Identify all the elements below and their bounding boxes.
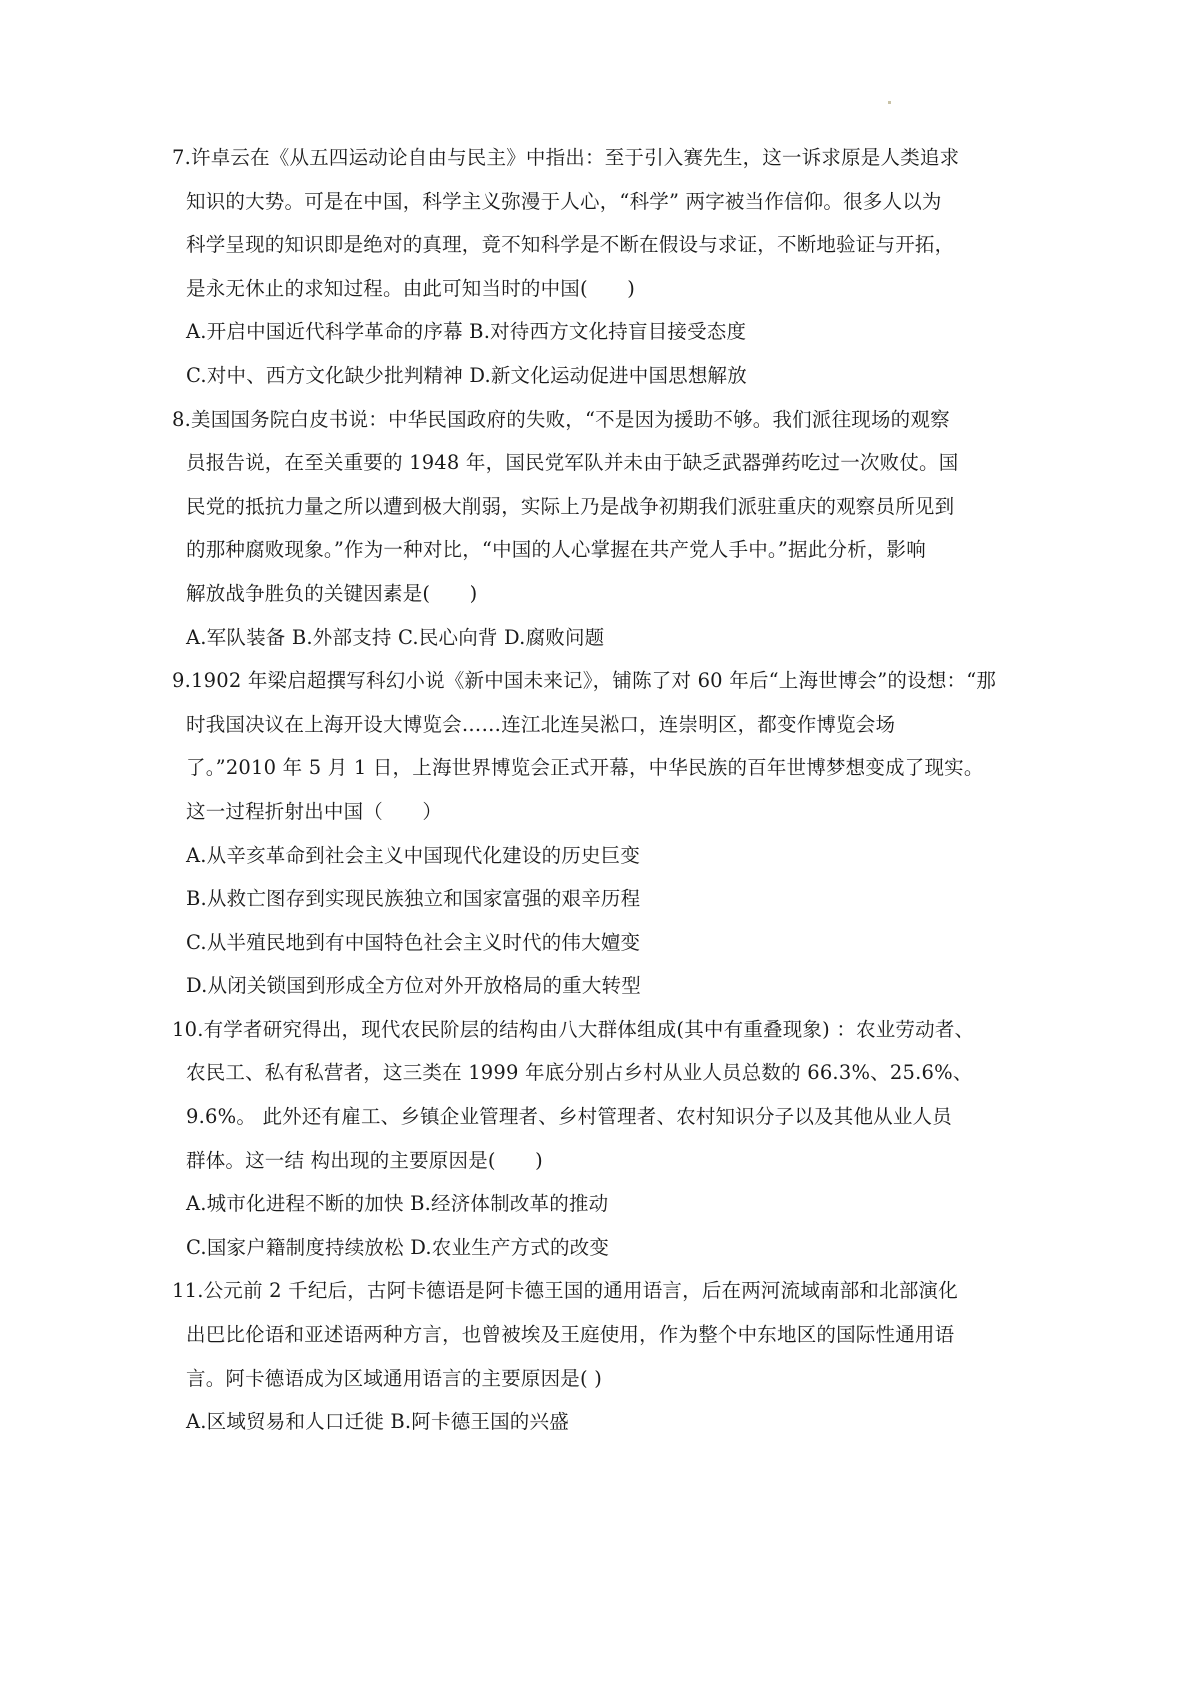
answer-option-d: D.从闭关锁国到形成全方位对外开放格局的重大转型	[172, 964, 1032, 1008]
question-stem-line: 是永无休止的求知过程。由此可知当时的中国( )	[172, 267, 1032, 311]
question-stem-line: 解放战争胜负的关键因素是( )	[172, 572, 1032, 616]
question-9: 9.1902 年梁启超撰写科幻小说《新中国未来记》，铺陈了对 60 年后“上海世…	[172, 659, 1032, 1008]
question-stem-line: 这一过程折射出中国（ ）	[172, 790, 1032, 834]
document-page: 7.许卓云在《从五四运动论自由与民主》中指出：至于引入赛先生，这一诉求原是人类追…	[0, 0, 1200, 1698]
answer-options: A.城市化进程不断的加快 B.经济体制改革的推动	[172, 1182, 1032, 1226]
question-stem-line: 的那种腐败现象。”作为一种对比，“中国的人心掌握在共产党人手中。”据此分析，影响	[172, 528, 1032, 572]
question-stem-line: 10.有学者研究得出，现代农民阶层的结构由八大群体组成(其中有重叠现象) ：农业…	[172, 1008, 1032, 1052]
question-10: 10.有学者研究得出，现代农民阶层的结构由八大群体组成(其中有重叠现象) ：农业…	[172, 1008, 1032, 1270]
question-stem-line: 民党的抵抗力量之所以遭到极大削弱，实际上乃是战争初期我们派驻重庆的观察员所见到	[172, 485, 1032, 529]
answer-option-c: C.从半殖民地到有中国特色社会主义时代的伟大嬗变	[172, 921, 1032, 965]
answer-options: A.军队装备 B.外部支持 C.民心向背 D.腐败问题	[172, 616, 1032, 660]
question-list: 7.许卓云在《从五四运动论自由与民主》中指出：至于引入赛先生，这一诉求原是人类追…	[172, 136, 1032, 1444]
answer-option-b: B.从救亡图存到实现民族独立和国家富强的艰辛历程	[172, 877, 1032, 921]
question-stem-line: 9.1902 年梁启超撰写科幻小说《新中国未来记》，铺陈了对 60 年后“上海世…	[172, 659, 1032, 703]
question-stem-line: 时我国决议在上海开设大博览会……连江北连吴淞口，连崇明区，都变作博览会场	[172, 703, 1032, 747]
question-stem-line: 言。阿卡德语成为区域通用语言的主要原因是( )	[172, 1357, 1032, 1401]
answer-options: C.对中、西方文化缺少批判精神 D.新文化运动促进中国思想解放	[172, 354, 1032, 398]
question-stem-line: 9.6%。 此外还有雇工、乡镇企业管理者、乡村管理者、农村知识分子以及其他从业人…	[172, 1095, 1032, 1139]
question-8: 8.美国国务院白皮书说：中华民国政府的失败，“不是因为援助不够。我们派往现场的观…	[172, 398, 1032, 660]
question-stem-line: 知识的大势。可是在中国，科学主义弥漫于人心，“科学” 两字被当作信仰。很多人以为	[172, 180, 1032, 224]
question-stem-line: 农民工、私有私营者，这三类在 1999 年底分别占乡村从业人员总数的 66.3%…	[172, 1051, 1032, 1095]
scan-mark	[888, 101, 891, 104]
answer-options: A.开启中国近代科学革命的序幕 B.对待西方文化持盲目接受态度	[172, 310, 1032, 354]
answer-options: A.区域贸易和人口迁徙 B.阿卡德王国的兴盛	[172, 1400, 1032, 1444]
question-7: 7.许卓云在《从五四运动论自由与民主》中指出：至于引入赛先生，这一诉求原是人类追…	[172, 136, 1032, 398]
question-stem-line: 员报告说，在至关重要的 1948 年，国民党军队并未由于缺乏武器弹药吃过一次败仗…	[172, 441, 1032, 485]
question-stem-line: 11.公元前 2 千纪后，古阿卡德语是阿卡德王国的通用语言，后在两河流域南部和北…	[172, 1269, 1032, 1313]
question-stem-line: 科学呈现的知识即是绝对的真理，竟不知科学是不断在假设与求证，不断地验证与开拓，	[172, 223, 1032, 267]
question-stem-line: 群体。这一结 构出现的主要原因是( )	[172, 1139, 1032, 1183]
question-stem-line: 7.许卓云在《从五四运动论自由与民主》中指出：至于引入赛先生，这一诉求原是人类追…	[172, 136, 1032, 180]
answer-option-a: A.从辛亥革命到社会主义中国现代化建设的历史巨变	[172, 834, 1032, 878]
question-stem-line: 出巴比伦语和亚述语两种方言，也曾被埃及王庭使用，作为整个中东地区的国际性通用语	[172, 1313, 1032, 1357]
question-11: 11.公元前 2 千纪后，古阿卡德语是阿卡德王国的通用语言，后在两河流域南部和北…	[172, 1269, 1032, 1443]
answer-options: C.国家户籍制度持续放松 D.农业生产方式的改变	[172, 1226, 1032, 1270]
question-stem-line: 8.美国国务院白皮书说：中华民国政府的失败，“不是因为援助不够。我们派往现场的观…	[172, 398, 1032, 442]
question-stem-line: 了。”2010 年 5 月 1 日，上海世界博览会正式开幕，中华民族的百年世博梦…	[172, 746, 1032, 790]
